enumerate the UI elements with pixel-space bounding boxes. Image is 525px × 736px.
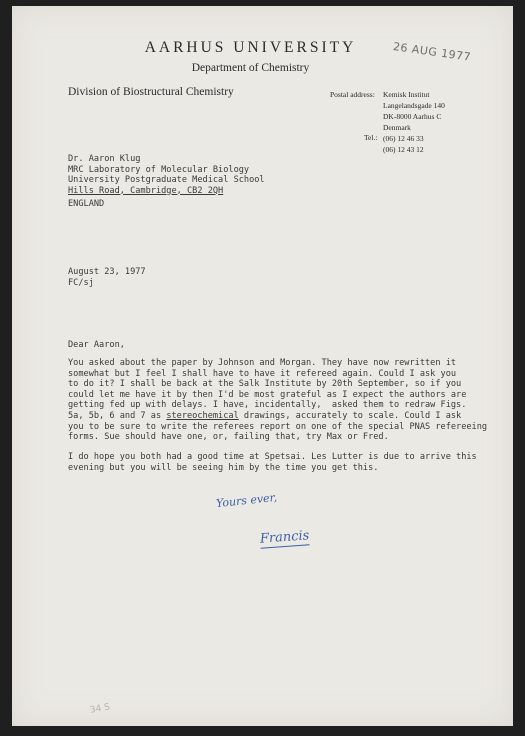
pencil-note: 34 S (89, 702, 110, 715)
recipient-street-line: Hills Road, Cambridge, CB2 2QH (68, 186, 265, 197)
postal-line: Denmark (383, 122, 445, 133)
telephone-label: Tel.: (364, 133, 377, 142)
recipient-country: ENGLAND (68, 199, 265, 210)
letter-date: August 23, 1977 (68, 267, 146, 278)
handwritten-signature: Francis (259, 528, 310, 548)
letter-date-block: August 23, 1977 FC/sj (68, 267, 146, 288)
recipient-line: University Postgraduate Medical School (68, 175, 265, 186)
underlined-word: stereochemical (166, 411, 238, 421)
telephone-number: (06) 12 46 33 (383, 133, 424, 144)
reference-initials: FC/sj (68, 278, 146, 289)
postal-line: Kemisk Institut (383, 89, 445, 100)
recipient-address: Dr. Aaron KlugMRC Laboratory of Molecula… (68, 154, 265, 210)
division-name: Division of Biostructural Chemistry (68, 86, 234, 98)
body-paragraph-2: I do hope you both had a good time at Sp… (68, 452, 477, 473)
handwritten-closing: Yours ever, (215, 491, 277, 510)
letter-page: AARHUS UNIVERSITY Department of Chemistr… (12, 6, 513, 726)
body-paragraph-1: You asked about the paper by Johnson and… (68, 358, 487, 443)
postal-line: DK-8000 Aarhus C (383, 111, 445, 122)
recipient-line: MRC Laboratory of Molecular Biology (68, 165, 265, 176)
postal-address: Kemisk Institut Langelandsgade 140 DK-80… (383, 89, 445, 133)
salutation: Dear Aaron, (68, 340, 125, 350)
postal-line: Langelandsgade 140 (383, 100, 445, 111)
recipient-line: Dr. Aaron Klug (68, 154, 265, 165)
telephone-number: (06) 12 43 12 (383, 144, 424, 155)
postal-address-label: Postal address: (330, 90, 375, 99)
telephone-numbers: (06) 12 46 33 (06) 12 43 12 (383, 133, 424, 155)
department-name: Department of Chemistry (0, 62, 501, 74)
